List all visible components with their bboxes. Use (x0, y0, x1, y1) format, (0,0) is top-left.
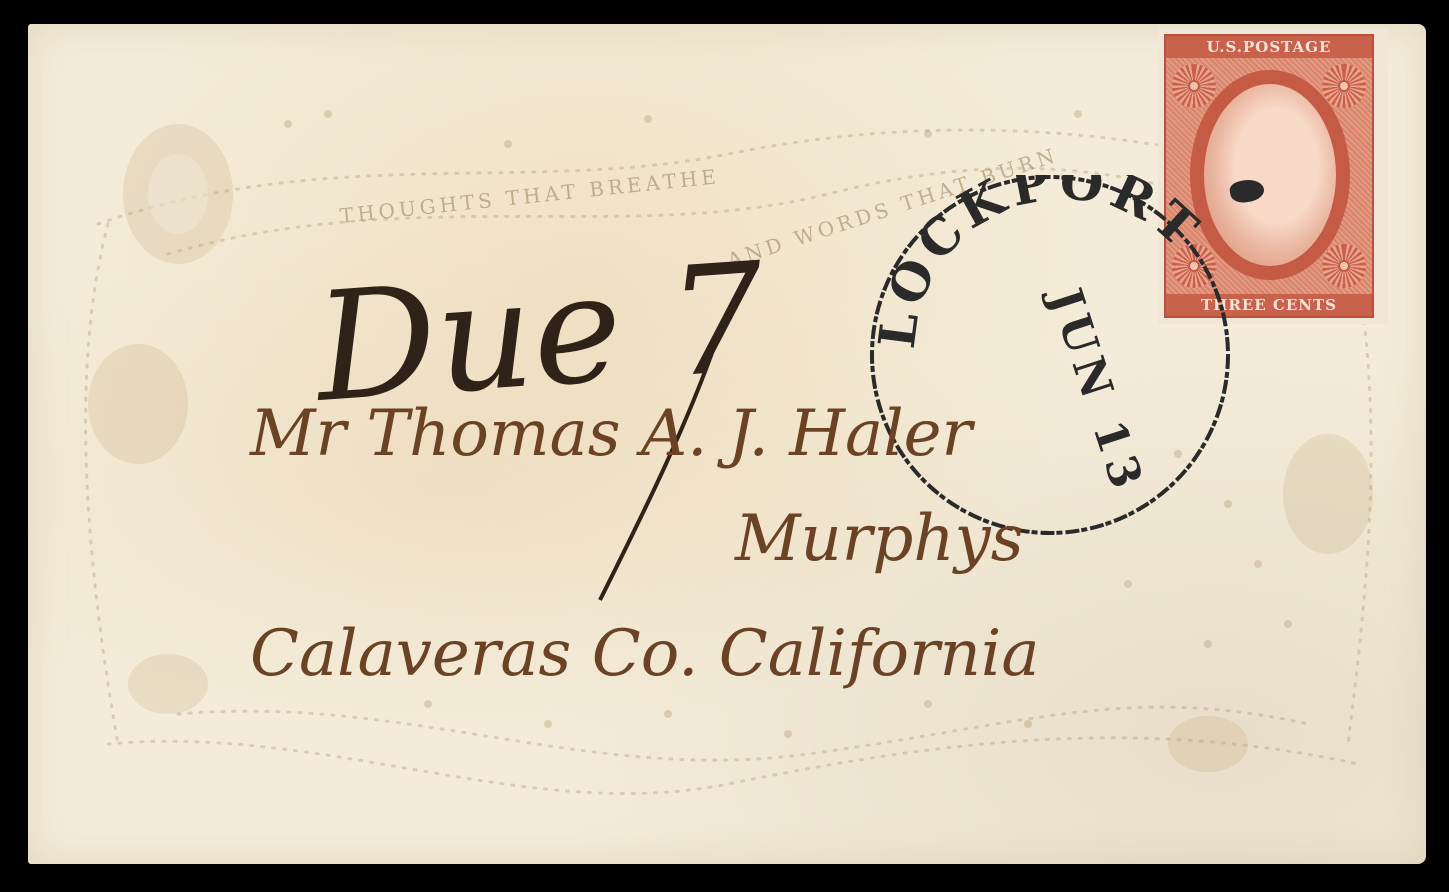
address-line-3: Calaveras Co. California (250, 617, 1040, 691)
address-line-2: Murphys (734, 502, 1024, 576)
address-line-1: Mr Thomas A. J. Haler (249, 397, 976, 471)
manuscript-layer: Due 7 Mr Thomas A. J. Haler Murphys Cala… (0, 0, 1449, 892)
